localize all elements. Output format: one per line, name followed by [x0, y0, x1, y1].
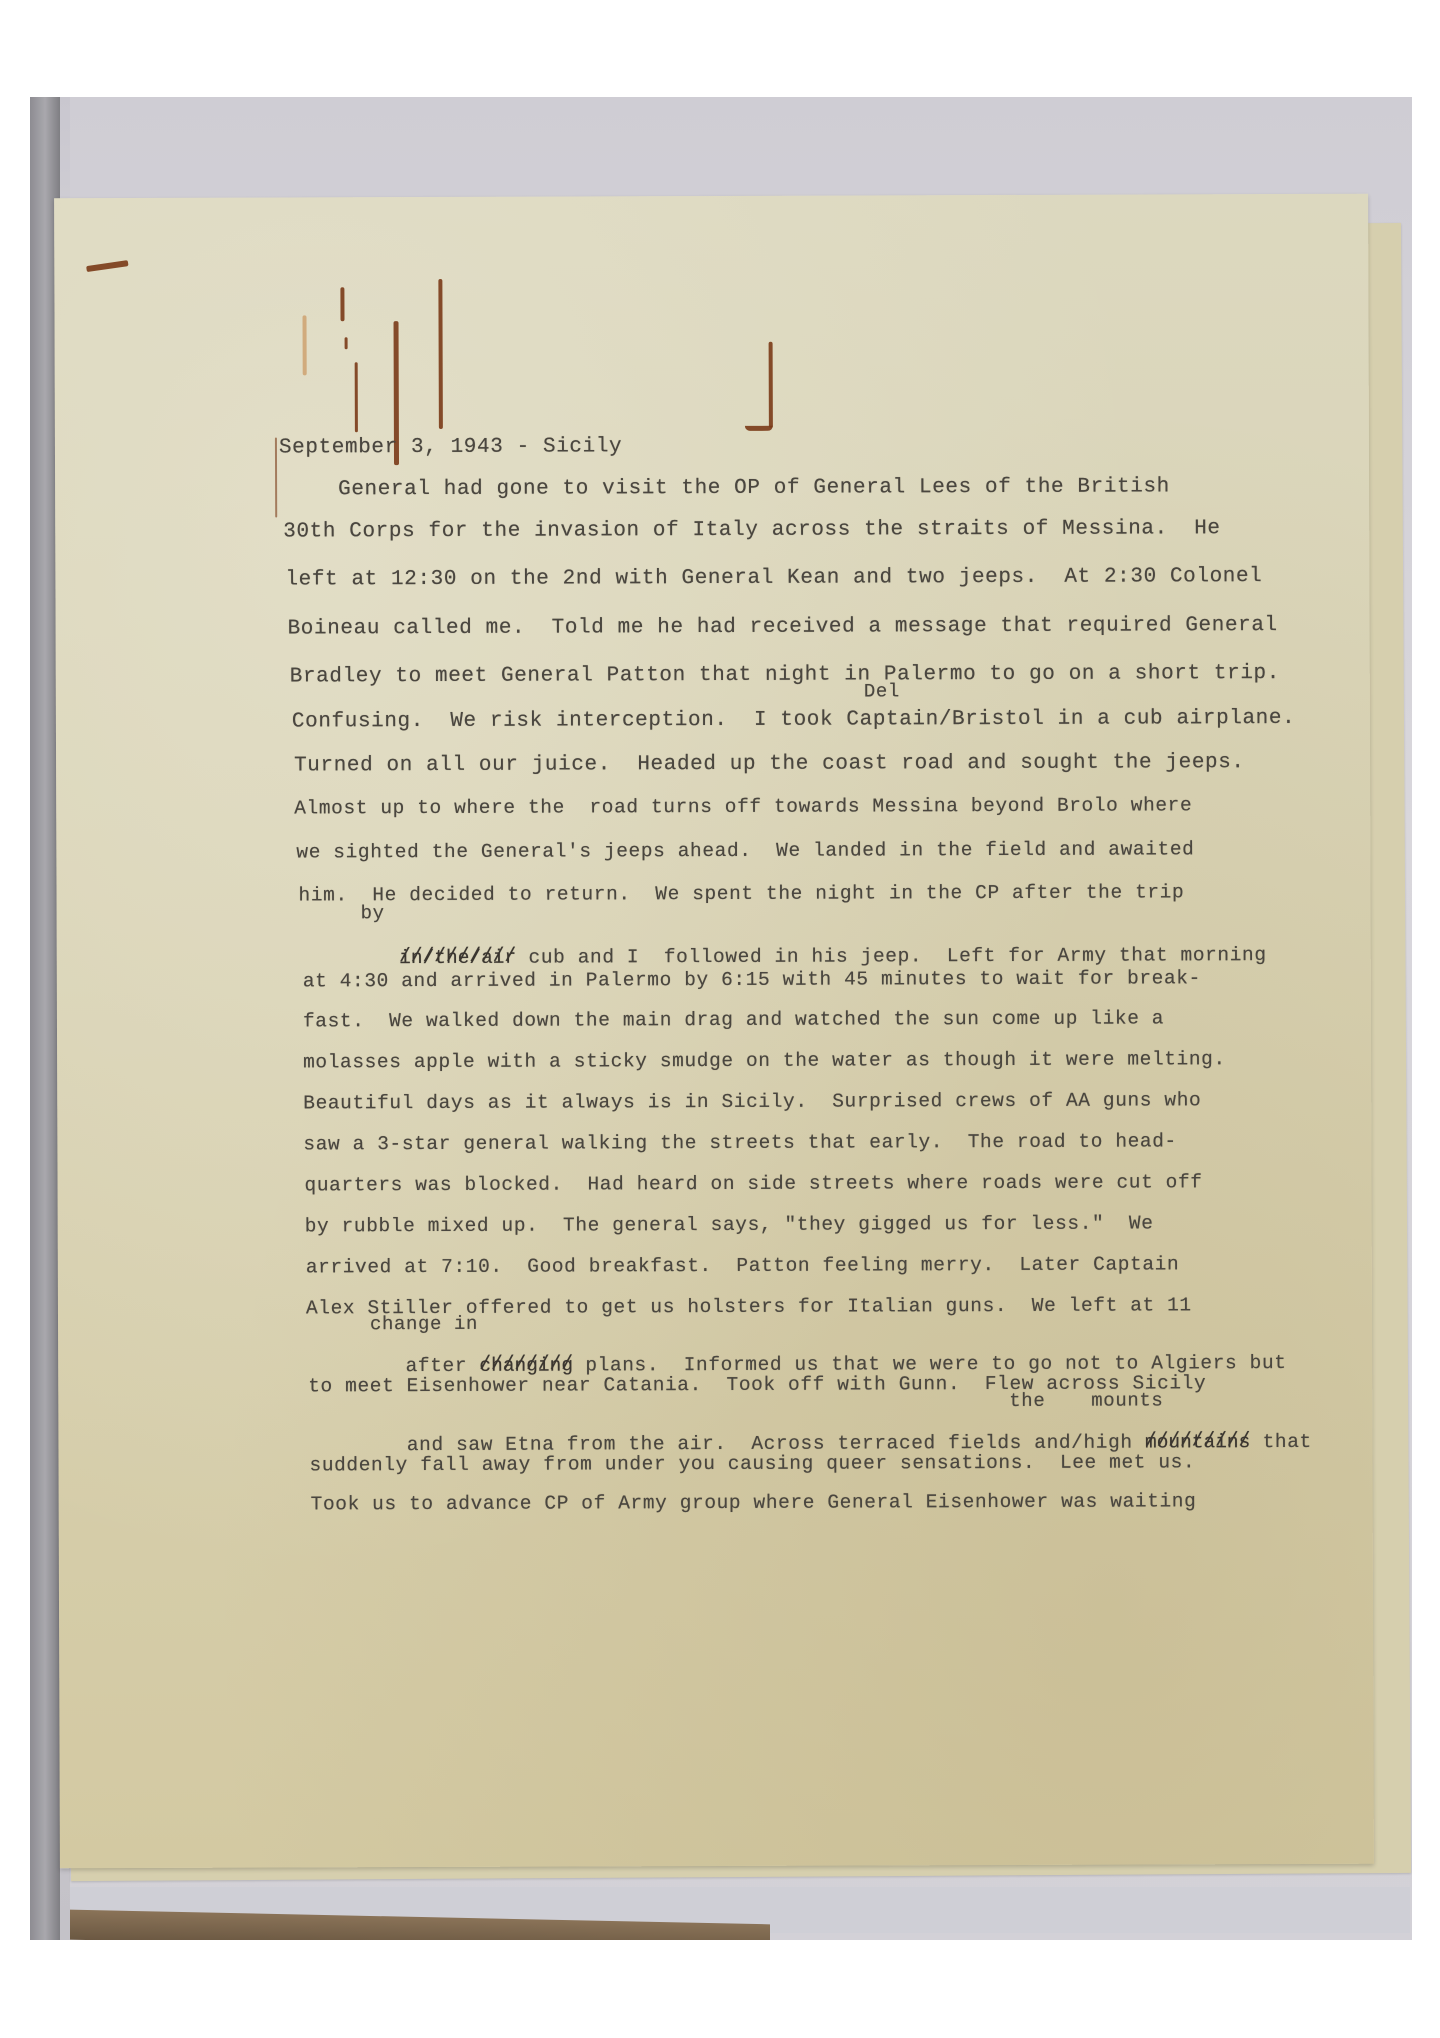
text-line-8: Almost up to where the road turns off to… [294, 796, 1192, 819]
struck-text: m/o/u/n/t/a/i/n/s/ [1145, 1431, 1250, 1453]
text-line-6: Confusing. We risk interception. I took … [292, 708, 1295, 733]
text-line-14: molasses apple with a sticky smudge on t… [303, 1050, 1226, 1073]
text-line-9: we sighted the General's jeeps ahead. We… [296, 840, 1194, 863]
text-line-5: Bradley to meet General Patton that nigh… [290, 663, 1280, 687]
text-line-17: quarters was blocked. Had heard on side … [305, 1173, 1203, 1196]
line-prefix: after [406, 1354, 480, 1376]
typewritten-page: September 3, 1943 - Sicily General had g… [54, 194, 1374, 1869]
insertion-by: by [361, 904, 385, 923]
insertion-del: Del [864, 682, 900, 701]
line-remainder: that [1250, 1430, 1312, 1452]
text-line-3: left at 12:30 on the 2nd with General Ke… [285, 566, 1262, 590]
insertion-mounts: mounts [1091, 1391, 1163, 1410]
heading-date: September 3, 1943 - Sicily [279, 436, 622, 458]
text-line-18: by rubble mixed up. The general says, "t… [305, 1214, 1154, 1236]
text-line-16: saw a 3-star general walking the streets… [303, 1132, 1177, 1155]
text-line-24: suddenly fall away from under you causin… [309, 1453, 1195, 1476]
line-remainder: cub and I followed in his jeep. Left for… [516, 944, 1266, 969]
struck-text: i/n///t/h/e///a/i/r/ [399, 946, 516, 968]
text-line-19: arrived at 7:10. Good breakfast. Patton … [306, 1255, 1180, 1278]
text-line-22: to meet Eisenhower near Catania. Took of… [308, 1374, 1206, 1397]
text-line-13: fast. We walked down the main drag and w… [303, 1009, 1164, 1032]
text-line-7: Turned on all our juice. Headed up the c… [294, 752, 1245, 776]
text-line-15: Beautiful days as it always is in Sicily… [303, 1091, 1201, 1114]
insertion-change-in: change in [370, 1315, 478, 1334]
insertion-the: the [1009, 1392, 1045, 1411]
text-line-1: General had gone to visit the OP of Gene… [338, 476, 1170, 500]
struck-text: c/h/a/n/g/i/n/g/ [479, 1354, 573, 1376]
text-line-25: Took us to advance CP of Army group wher… [311, 1492, 1197, 1515]
typed-text: September 3, 1943 - Sicily General had g… [54, 194, 1374, 1869]
text-line-10: him. He decided to return. We spent the … [298, 883, 1184, 906]
document-photo: September 3, 1943 - Sicily General had g… [30, 97, 1412, 1940]
text-line-4: Boineau called me. Told me he had receiv… [288, 615, 1278, 639]
text-line-12: at 4:30 and arrived in Palermo by 6:15 w… [303, 969, 1201, 992]
text-line-2: 30th Corps for the invasion of Italy acr… [283, 518, 1220, 542]
